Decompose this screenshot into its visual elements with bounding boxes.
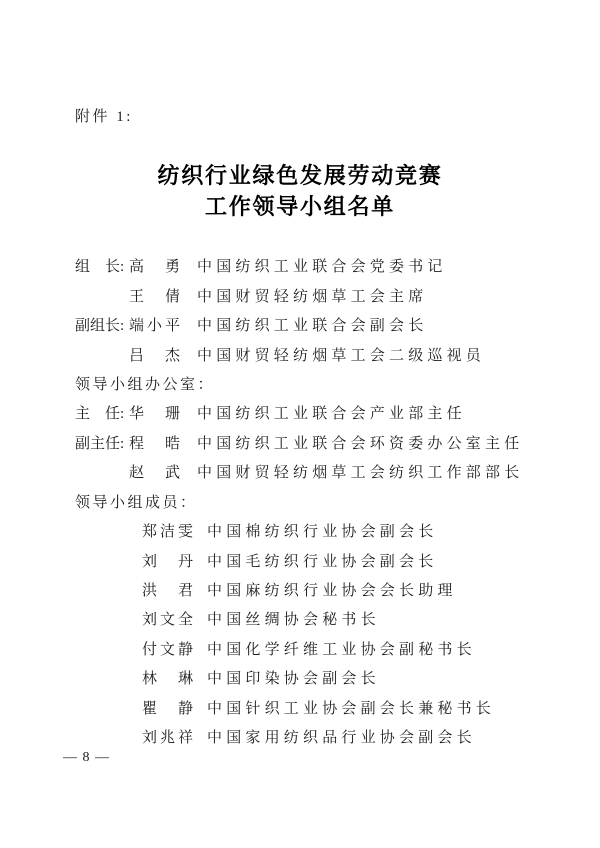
role-label: 副组长: [75, 314, 129, 335]
roster-row: 副组长:端小平中国纺织工业联合会副会长 [0, 310, 600, 339]
person-title: 中国毛纺织行业协会副会长 [207, 550, 437, 571]
page-number: — 8 — [63, 748, 110, 768]
roster-section-header: 领导小组办公室： [0, 369, 600, 398]
person-title: 中国丝绸协会秘书长 [207, 608, 380, 629]
document-page: 附件 1: 纺织行业绿色发展劳动竞赛 工作领导小组名单 组 长:高 勇中国纺织工… [0, 0, 600, 848]
section-header-text: 领导小组成员： [75, 491, 198, 512]
roster-list: 组 长:高 勇中国纺织工业联合会党委书记王 倩中国财贸轻纺烟草工会主席副组长:端… [0, 251, 600, 751]
person-title: 中国家用纺织品行业协会副会长 [207, 726, 476, 747]
roster-row: 林 琳中国印染协会副会长 [0, 663, 600, 692]
person-name: 瞿 静 [142, 697, 195, 718]
roster-row: 洪 君中国麻纺织行业协会会长助理 [0, 575, 600, 604]
person-name: 付文静 [142, 638, 195, 659]
person-name: 洪 君 [142, 579, 195, 600]
title-line-2: 工作领导小组名单 [0, 191, 600, 222]
document-title: 纺织行业绿色发展劳动竞赛 工作领导小组名单 [0, 160, 600, 222]
roster-row: 郑洁雯中国棉纺织行业协会副会长 [0, 516, 600, 545]
person-title: 中国棉纺织行业协会副会长 [207, 520, 437, 541]
person-name: 王 倩 [129, 285, 182, 306]
person-title: 中国纺织工业联合会副会长 [197, 314, 427, 335]
person-title: 中国印染协会副会长 [207, 667, 380, 688]
person-title: 中国纺织工业联合会产业部主任 [197, 402, 466, 423]
section-header-text: 领导小组办公室： [75, 373, 215, 394]
person-name: 程 晧 [129, 432, 182, 453]
roster-row: 赵 武中国财贸轻纺烟草工会纺织工作部部长 [0, 457, 600, 486]
person-title: 中国财贸轻纺烟草工会二级巡视员 [197, 344, 485, 365]
person-name: 华 珊 [129, 402, 182, 423]
title-line-1: 纺织行业绿色发展劳动竞赛 [0, 160, 600, 191]
roster-row: 付文静中国化学纤维工业协会副秘书长 [0, 634, 600, 663]
roster-row: 吕 杰中国财贸轻纺烟草工会二级巡视员 [0, 339, 600, 368]
roster-row: 副主任:程 晧中国纺织工业联合会环资委办公室主任 [0, 428, 600, 457]
role-label: 组 长: [75, 255, 129, 276]
person-title: 中国财贸轻纺烟草工会主席 [197, 285, 427, 306]
person-name: 林 琳 [142, 667, 195, 688]
roster-row: 刘 丹中国毛纺织行业协会副会长 [0, 545, 600, 574]
person-name: 端小平 [129, 314, 182, 335]
person-name: 刘 丹 [142, 550, 195, 571]
roster-row: 王 倩中国财贸轻纺烟草工会主席 [0, 280, 600, 309]
person-name: 郑洁雯 [142, 520, 195, 541]
person-title: 中国麻纺织行业协会会长助理 [207, 579, 457, 600]
person-name: 吕 杰 [129, 344, 182, 365]
roster-row: 瞿 静中国针织工业协会副会长兼秘书长 [0, 693, 600, 722]
person-title: 中国纺织工业联合会党委书记 [197, 255, 447, 276]
person-name: 赵 武 [129, 461, 182, 482]
role-label: 主 任: [75, 402, 129, 423]
person-name: 高 勇 [129, 255, 182, 276]
person-name: 刘兆祥 [142, 726, 195, 747]
roster-section-header: 领导小组成员： [0, 487, 600, 516]
person-title: 中国化学纤维工业协会副秘书长 [207, 638, 476, 659]
attachment-label: 附件 1: [75, 107, 133, 127]
roster-row: 组 长:高 勇中国纺织工业联合会党委书记 [0, 251, 600, 280]
person-title: 中国财贸轻纺烟草工会纺织工作部部长 [197, 461, 523, 482]
person-title: 中国纺织工业联合会环资委办公室主任 [197, 432, 523, 453]
person-name: 刘文全 [142, 608, 195, 629]
roster-row: 主 任:华 珊中国纺织工业联合会产业部主任 [0, 398, 600, 427]
roster-row: 刘文全中国丝绸协会秘书长 [0, 604, 600, 633]
person-title: 中国针织工业协会副会长兼秘书长 [207, 697, 495, 718]
role-label: 副主任: [75, 432, 129, 453]
